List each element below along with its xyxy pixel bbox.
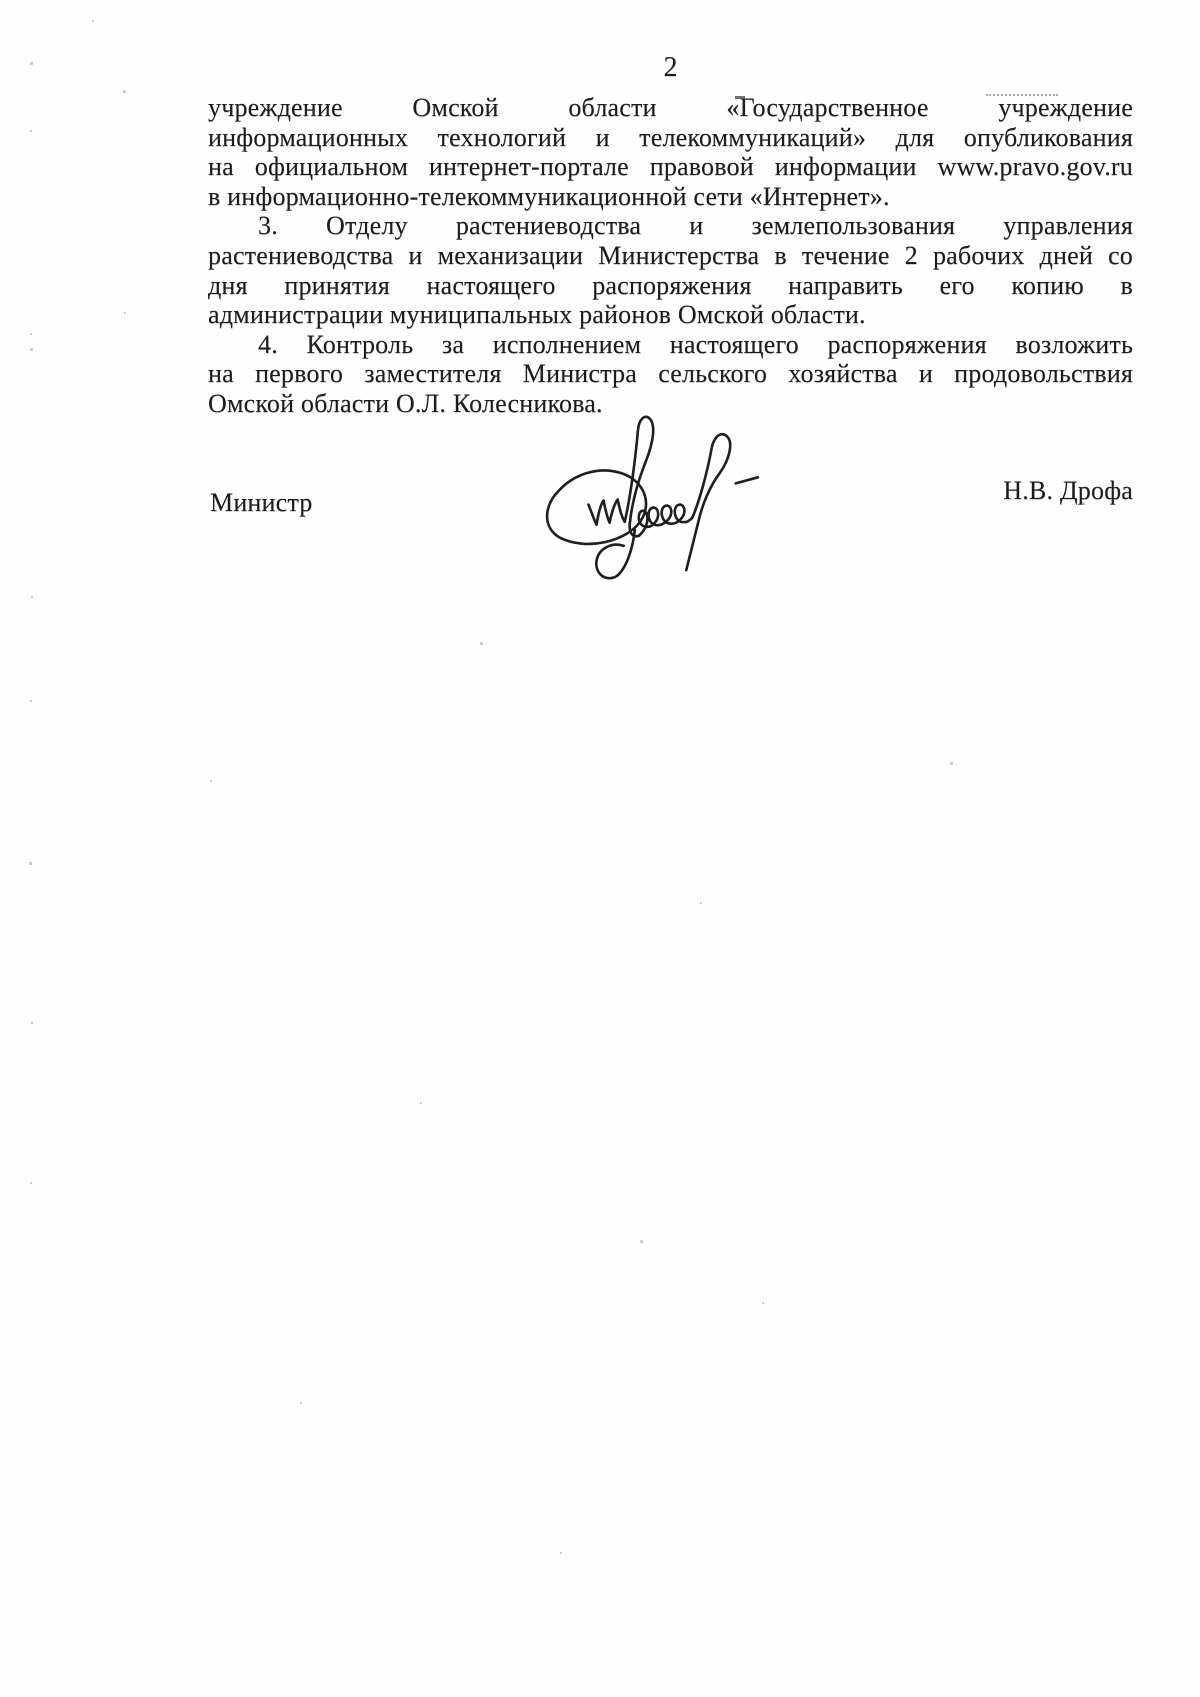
noise-speck: [31, 1022, 33, 1024]
noise-speck: [30, 348, 33, 351]
text-line: на официальном интернет-портале правовой…: [208, 152, 1133, 182]
handwritten-signature-icon: [538, 410, 770, 588]
noise-speck: [640, 1240, 643, 1243]
noise-speck: [950, 762, 953, 765]
text-line: информационных технологий и телекоммуник…: [208, 123, 1133, 153]
scanned-page: 2 учреждение Омской области «Государстве…: [0, 0, 1200, 1697]
paragraph: учреждение Омской области «Государственн…: [208, 93, 1133, 211]
noise-speck: [480, 642, 483, 645]
text-line: в информационно-телекоммуникационной сет…: [208, 182, 1133, 212]
text-line: на первого заместителя Министра сельског…: [208, 359, 1133, 389]
page-number: 2: [208, 52, 1133, 84]
noise-speck: [29, 862, 32, 865]
noise-speck: [123, 90, 126, 93]
paragraph: 4. Контроль за исполнением настоящего ра…: [208, 330, 1133, 419]
text-line: учреждение Омской области «Государственн…: [208, 93, 1133, 123]
noise-speck: [30, 333, 32, 335]
scan-dash-artifact: [735, 96, 745, 99]
signature-right-stroke: [686, 434, 730, 570]
signature-end-dash: [736, 477, 758, 483]
noise-speck: [1082, 502, 1085, 505]
paragraph: 3. Отделу растениеводства и землепользов…: [208, 211, 1133, 329]
text-line: 3. Отделу растениеводства и землепользов…: [208, 211, 1133, 241]
scan-dotted-artifact: [986, 94, 1058, 96]
noise-speck: [210, 780, 212, 782]
noise-speck: [124, 312, 126, 314]
noise-speck: [30, 130, 32, 132]
noise-speck: [30, 1182, 32, 1184]
document-body: учреждение Омской области «Государственн…: [208, 93, 1133, 419]
minister-name: Н.В. Дрофа: [1003, 476, 1133, 506]
text-line: администрации муниципальных районов Омск…: [208, 300, 1133, 330]
noise-speck: [560, 1552, 562, 1554]
text-line: дня принятия настоящего распоряжения нап…: [208, 271, 1133, 301]
minister-title-label: Министр: [210, 488, 312, 518]
noise-speck: [762, 1302, 764, 1304]
noise-speck: [30, 62, 33, 65]
noise-speck: [700, 902, 702, 904]
text-line: 4. Контроль за исполнением настоящего ра…: [208, 330, 1133, 360]
noise-speck: [31, 596, 33, 598]
noise-speck: [92, 20, 94, 22]
text-line: растениеводства и механизации Министерст…: [208, 241, 1133, 271]
noise-speck: [300, 1402, 302, 1404]
signature-zigzag: [588, 500, 624, 525]
noise-speck: [30, 700, 32, 702]
noise-speck: [420, 1102, 422, 1104]
signature-descender-loop: [596, 530, 635, 578]
